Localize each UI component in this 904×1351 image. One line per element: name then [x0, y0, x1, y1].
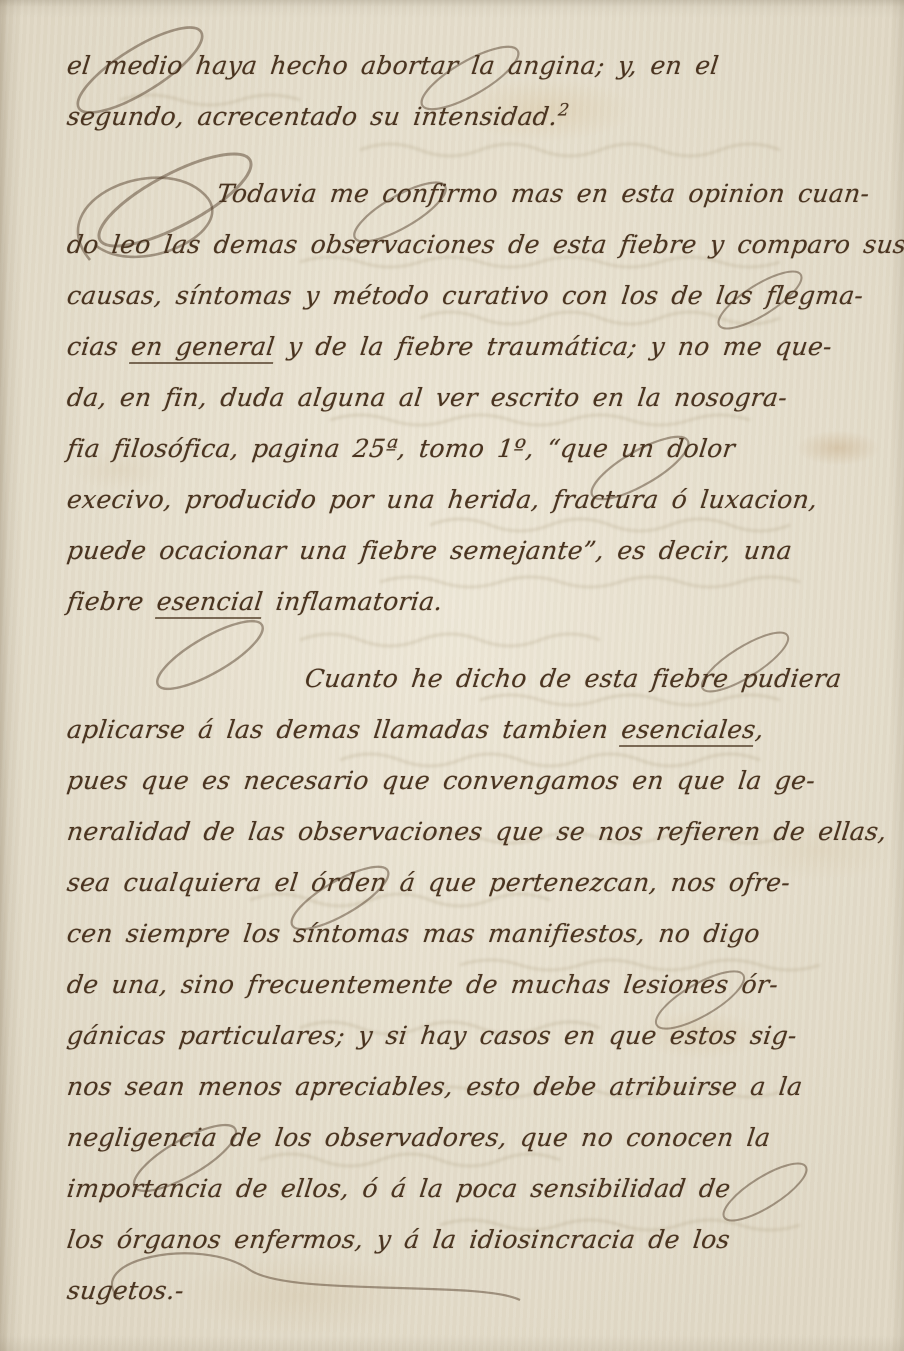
manuscript-line: cen siempre los síntomas mas manifiestos… — [64, 908, 870, 959]
manuscript-line: aplicarse á las demas llamadas tambien e… — [64, 704, 870, 755]
manuscript-line: Cuanto he dicho de esta fiebre pudiera — [64, 653, 870, 704]
text-segment: Todavia me confirmo mas en esta opinion … — [215, 179, 871, 208]
text-segment: segundo, acrecentado su intensidad. — [65, 102, 559, 131]
manuscript-line: el medio haya hecho abortar la angina; y… — [64, 40, 870, 91]
text-segment: da, en fin, duda alguna al ver escrito e… — [65, 383, 789, 412]
manuscript-line: fia filosófica, pagina 25ª, tomo 1º, “qu… — [64, 423, 870, 474]
text-segment: causas, síntomas y método curativo con l… — [65, 281, 865, 310]
manuscript-line: negligencia de los observadores, que no … — [64, 1112, 870, 1163]
text-segment: importancia de ellos, ó á la poca sensib… — [65, 1174, 732, 1203]
manuscript-page: el medio haya hecho abortar la angina; y… — [0, 0, 904, 1351]
paragraph: Cuanto he dicho de esta fiebre pudieraap… — [64, 653, 864, 1316]
manuscript-text: el medio haya hecho abortar la angina; y… — [64, 40, 864, 1316]
text-segment: fiebre — [65, 587, 158, 616]
text-segment: el medio haya hecho abortar la angina; y… — [65, 51, 720, 80]
text-segment: Cuanto he dicho de esta fiebre pudiera — [303, 664, 843, 693]
text-segment: puede ocacionar una fiebre semejante”, e… — [65, 536, 793, 565]
manuscript-line: gánicas particulares; y si hay casos en … — [64, 1010, 870, 1061]
manuscript-line: neralidad de las observaciones que se no… — [64, 806, 870, 857]
underlined-phrase: esenciales — [619, 715, 757, 747]
manuscript-line: fiebre esencial inflamatoria. — [64, 576, 870, 627]
text-segment: neralidad de las observaciones que se no… — [65, 817, 888, 846]
manuscript-line: do leo las demas observaciones de esta f… — [64, 219, 870, 270]
text-segment: sea cualquiera el órden á que pertenezca… — [65, 868, 792, 897]
text-segment: gánicas particulares; y si hay casos en … — [65, 1021, 798, 1050]
manuscript-line: cias en general y de la fiebre traumátic… — [64, 321, 870, 372]
text-segment: inflamatoria. — [261, 587, 444, 616]
text-segment: y de la fiebre traumática; y no me que- — [273, 332, 834, 361]
text-segment: aplicarse á las demas llamadas tambien — [65, 715, 623, 744]
manuscript-line: Todavia me confirmo mas en esta opinion … — [64, 168, 870, 219]
footnote-marker: 2 — [557, 101, 571, 121]
manuscript-line: sea cualquiera el órden á que pertenezca… — [64, 857, 870, 908]
manuscript-line: causas, síntomas y método curativo con l… — [64, 270, 870, 321]
underlined-phrase: en general — [129, 332, 276, 364]
text-segment: sugetos.- — [65, 1276, 185, 1305]
manuscript-line: de una, sino frecuentemente de muchas le… — [64, 959, 870, 1010]
text-segment: execivo, producido por una herida, fract… — [65, 485, 819, 514]
manuscript-line: los órganos enfermos, y á la idiosincrac… — [64, 1214, 870, 1265]
manuscript-line: importancia de ellos, ó á la poca sensib… — [64, 1163, 870, 1214]
text-segment: de una, sino frecuentemente de muchas le… — [65, 970, 780, 999]
manuscript-line: nos sean menos apreciables, esto debe at… — [64, 1061, 870, 1112]
text-segment: los órganos enfermos, y á la idiosincrac… — [65, 1225, 731, 1254]
paragraph: Todavia me confirmo mas en esta opinion … — [64, 168, 864, 627]
text-segment: cias — [65, 332, 133, 361]
text-segment: pues que es necesario que convengamos en… — [65, 766, 817, 795]
text-segment: fia filosófica, pagina 25ª, tomo 1º, “qu… — [65, 434, 737, 463]
text-segment: negligencia de los observadores, que no … — [65, 1123, 772, 1152]
text-segment: , — [754, 715, 766, 744]
underlined-phrase: esencial — [155, 587, 265, 619]
text-segment: nos sean menos apreciables, esto debe at… — [65, 1072, 804, 1101]
paragraph: el medio haya hecho abortar la angina; y… — [64, 40, 864, 142]
text-segment: do leo las demas observaciones de esta f… — [65, 230, 904, 259]
manuscript-line: pues que es necesario que convengamos en… — [64, 755, 870, 806]
manuscript-line: puede ocacionar una fiebre semejante”, e… — [64, 525, 870, 576]
manuscript-line: segundo, acrecentado su intensidad.2 — [64, 91, 870, 142]
manuscript-line: sugetos.- — [64, 1265, 870, 1316]
text-segment: cen siempre los síntomas mas manifiestos… — [65, 919, 761, 948]
manuscript-line: da, en fin, duda alguna al ver escrito e… — [64, 372, 870, 423]
manuscript-line: execivo, producido por una herida, fract… — [64, 474, 870, 525]
